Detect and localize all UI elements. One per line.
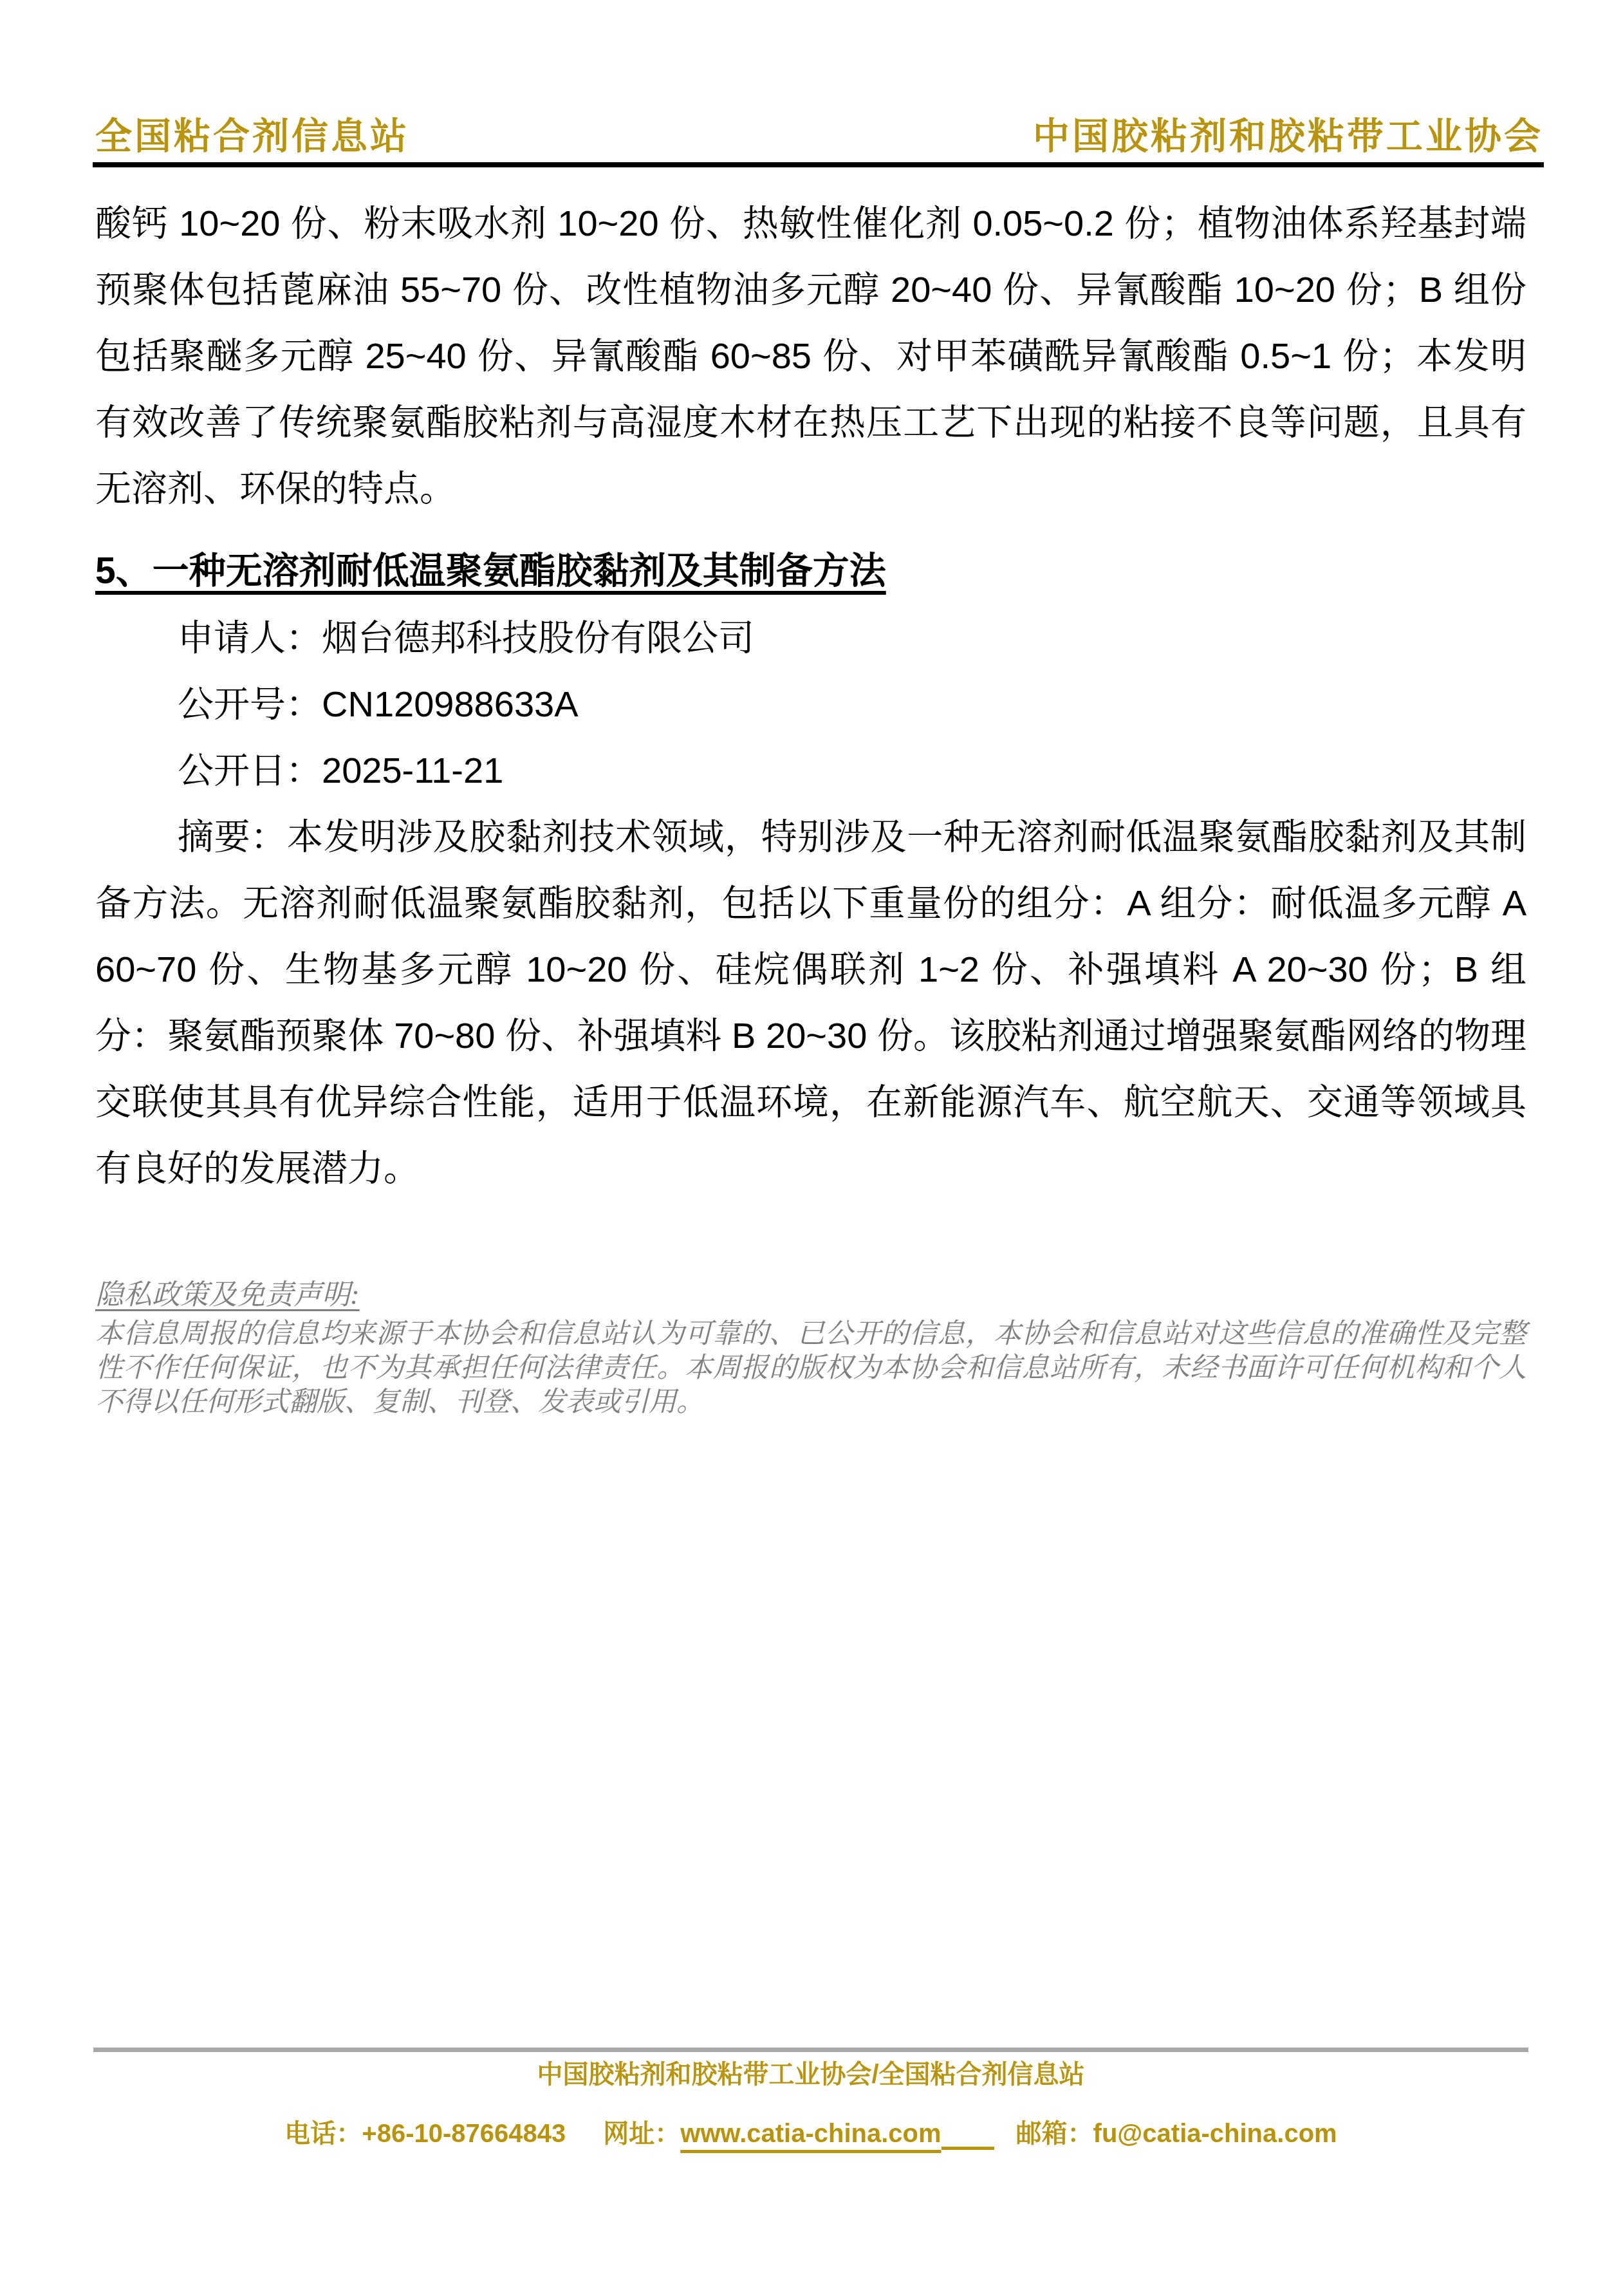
publication-number-row: 公开号：CN120988633A (95, 671, 1526, 737)
publication-date-value: 2025-11-21 (322, 750, 503, 790)
disclaimer-text: 本信息周报的信息均来源于本协会和信息站认为可靠的、已公开的信息，本协会和信息站对… (95, 1317, 1526, 1419)
disclaimer-heading: 隐私政策及免责声明: (95, 1277, 1526, 1313)
applicant-row: 申请人：烟台德邦科技股份有限公司 (95, 604, 1526, 671)
footer-website: 网址：www.catia-china.com (603, 2119, 994, 2149)
header-right-title: 中国胶粘剂和胶粘带工业协会 (1033, 107, 1543, 160)
publication-date-row: 公开日：2025-11-21 (95, 737, 1526, 803)
footer-phone: 电话：+86-10-87664843 (284, 2119, 566, 2149)
disclaimer-section: 隐私政策及免责声明: 本信息周报的信息均来源于本协会和信息站认为可靠的、已公开的… (95, 1277, 1526, 1419)
footer-rule (93, 2048, 1528, 2052)
website-link[interactable]: www.catia-china.com (680, 2120, 941, 2148)
website-underline-extension (941, 2131, 994, 2150)
page-header: 全国粘合剂信息站 中国胶粘剂和胶粘带工业协会 (95, 107, 1543, 160)
website-label: 网址： (603, 2120, 680, 2148)
email-value: fu@catia-china.com (1093, 2120, 1337, 2148)
publication-date-label: 公开日： (178, 750, 322, 790)
applicant-label: 申请人： (178, 617, 322, 658)
patent-heading: 5、一种无溶剂耐低温聚氨酯胶黏剂及其制备方法 (95, 538, 1526, 604)
abstract-paragraph: 摘要：本发明涉及胶黏剂技术领域，特别涉及一种无溶剂耐低温聚氨酯胶黏剂及其制备方法… (95, 803, 1526, 1201)
footer-org-line: 中国胶粘剂和胶粘带工业协会/全国粘合剂信息站 (93, 2060, 1528, 2089)
document-page: 全国粘合剂信息站 中国胶粘剂和胶粘带工业协会 酸钙 10~20 份、粉末吸水剂 … (0, 0, 1623, 2296)
footer-contact-line: 电话：+86-10-87664843网址：www.catia-china.com… (93, 2119, 1528, 2149)
patent-heading-text: 5、一种无溶剂耐低温聚氨酯胶黏剂及其制备方法 (95, 550, 886, 592)
header-left-title: 全国粘合剂信息站 (95, 107, 409, 160)
publication-number-label: 公开号： (178, 684, 322, 724)
page-footer: 中国胶粘剂和胶粘带工业协会/全国粘合剂信息站 电话：+86-10-8766484… (93, 2048, 1528, 2149)
publication-number-value: CN120988633A (322, 684, 579, 724)
phone-label: 电话： (284, 2120, 362, 2148)
applicant-value: 烟台德邦科技股份有限公司 (322, 617, 754, 658)
main-content: 酸钙 10~20 份、粉末吸水剂 10~20 份、热敏性催化剂 0.05~0.2… (95, 190, 1526, 1419)
email-label: 邮箱： (1016, 2120, 1093, 2148)
phone-value: +86-10-87664843 (362, 2120, 566, 2148)
intro-paragraph: 酸钙 10~20 份、粉末吸水剂 10~20 份、热敏性催化剂 0.05~0.2… (95, 190, 1526, 521)
header-rule (93, 162, 1544, 167)
footer-email: 邮箱：fu@catia-china.com (1016, 2119, 1337, 2149)
